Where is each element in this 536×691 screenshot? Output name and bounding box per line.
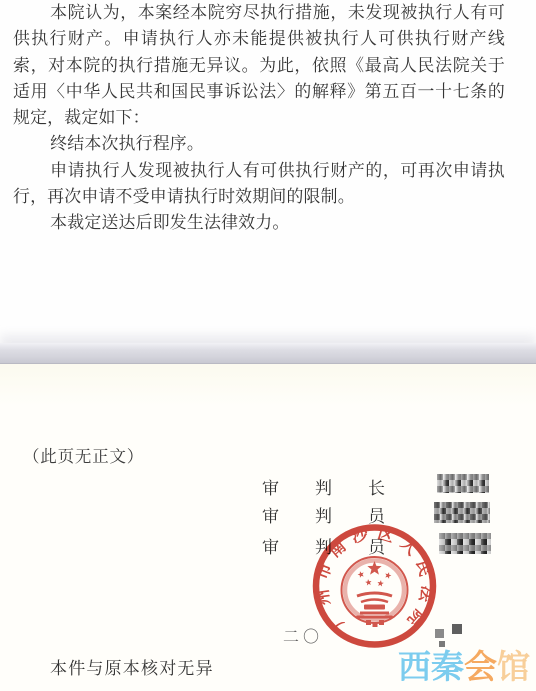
ruling-paragraph: 终结本次执行程序。 bbox=[13, 131, 505, 157]
court-seal: 广州市南沙区人民法院 bbox=[309, 521, 440, 651]
no-body-text-note: （此页无正文） bbox=[23, 443, 144, 467]
ruling-paragraph: 本裁定送达后即发生法律效力。 bbox=[13, 210, 505, 236]
watermark-part-orange: 会 bbox=[464, 648, 497, 685]
copy-verification-note: 本件与原本核对无异 bbox=[50, 654, 214, 679]
small-star-icon bbox=[357, 570, 392, 586]
watermark-part-orange-light: 馆 bbox=[497, 648, 530, 685]
watermark-part-cyan: 西秦 bbox=[398, 648, 464, 685]
censored-name-mosaic bbox=[439, 533, 491, 554]
ruling-paragraph: 本院认为，本案经本院穷尽执行措施，未发现被执行人有可供执行财产。申请执行人亦未能… bbox=[13, 0, 505, 131]
site-watermark: 西秦会馆 bbox=[398, 650, 530, 683]
national-emblem bbox=[342, 557, 408, 627]
censored-name-mosaic bbox=[434, 502, 490, 523]
ruling-paragraph: 申请执行人发现被执行人有可供执行财产的，可再次申请执行，再次申请不受申请执行时效… bbox=[13, 158, 505, 211]
signature-row: 审判长 bbox=[262, 474, 421, 499]
signature-role-label: 审判长 bbox=[262, 479, 421, 498]
censored-name-mosaic bbox=[437, 474, 489, 493]
page-break-divider bbox=[0, 343, 536, 364]
ruling-body-text: 本院认为，本案经本院穷尽执行措施，未发现被执行人有可供执行财产。申请执行人亦未能… bbox=[13, 0, 505, 237]
scanned-ruling-document: 本院认为，本案经本院穷尽执行措施，未发现被执行人有可供执行财产。申请执行人亦未能… bbox=[0, 0, 536, 691]
page-two-edge-shading bbox=[0, 364, 536, 406]
